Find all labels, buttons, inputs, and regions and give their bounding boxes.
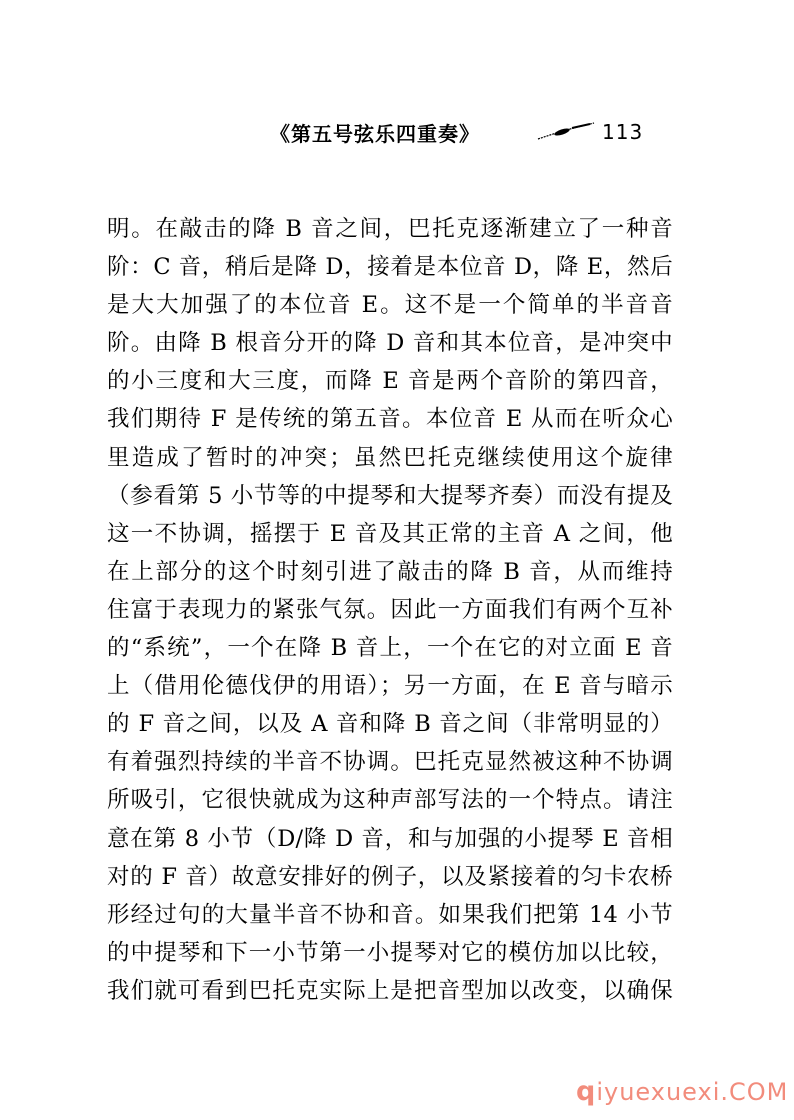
site-watermark: qiyuexuexi.COM bbox=[576, 1076, 788, 1107]
text-line: 阶：C 音，稍后是降 D，接着是本位音 D，降 E，然后 bbox=[107, 248, 673, 286]
running-header: 《第五号弦乐四重奏》 113 bbox=[270, 114, 670, 148]
text-line: 的“系统”，一个在降 B 音上，一个在它的对立面 E 音 bbox=[107, 629, 673, 667]
text-line: 有着强烈持续的半音不协调。巴托克显然被这种不协调 bbox=[107, 743, 673, 781]
text-line: 这一不协调，摇摆于 E 音及其正常的主音 A 之间，他 bbox=[107, 515, 673, 553]
watermark-text: iyuexuexi.COM bbox=[596, 1078, 788, 1106]
text-line: 所吸引，它很快就成为这种声部写法的一个特点。请注 bbox=[107, 781, 673, 819]
page-number: 113 bbox=[602, 120, 643, 144]
text-line: 是大大加强了的本位音 E。这不是一个简单的半音音 bbox=[107, 286, 673, 324]
watermark-logo-letter: q bbox=[576, 1076, 596, 1107]
body-paragraph: 明。在敲击的降 B 音之间，巴托克逐渐建立了一种音 阶：C 音，稍后是降 D，接… bbox=[107, 210, 673, 1010]
text-line: 形经过句的大量半音不协和音。如果我们把第 14 小节 bbox=[107, 896, 673, 934]
pen-nib-flourish-icon bbox=[536, 122, 598, 142]
text-line: 在上部分的这个时刻引进了敲击的降 B 音，从而维持 bbox=[107, 553, 673, 591]
text-line: 的中提琴和下一小节第一小提琴对它的模仿加以比较， bbox=[107, 934, 673, 972]
chapter-title: 《第五号弦乐四重奏》 bbox=[270, 118, 480, 147]
text-line: （参看第 5 小节等的中提琴和大提琴齐奏）而没有提及 bbox=[107, 477, 673, 515]
text-line: 对的 F 音）故意安排好的例子，以及紧接着的匀卡农桥 bbox=[107, 858, 673, 896]
text-line: 明。在敲击的降 B 音之间，巴托克逐渐建立了一种音 bbox=[107, 210, 673, 248]
text-line: 意在第 8 小节（D/降 D 音，和与加强的小提琴 E 音相 bbox=[107, 820, 673, 858]
text-line: 上（借用伦德伐伊的用语）；另一方面，在 E 音与暗示 bbox=[107, 667, 673, 705]
text-line: 我们就可看到巴托克实际上是把音型加以改变，以确保 bbox=[107, 972, 673, 1010]
text-line: 的 F 音之间，以及 A 音和降 B 音之间（非常明显的） bbox=[107, 705, 673, 743]
text-line: 里造成了暂时的冲突；虽然巴托克继续使用这个旋律 bbox=[107, 439, 673, 477]
text-line: 阶。由降 B 根音分开的降 D 音和其本位音，是冲突中 bbox=[107, 324, 673, 362]
text-line: 我们期待 F 是传统的第五音。本位音 E 从而在听众心 bbox=[107, 400, 673, 438]
text-line: 住富于表现力的紧张气氛。因此一方面我们有两个互补 bbox=[107, 591, 673, 629]
text-line: 的小三度和大三度，而降 E 音是两个音阶的第四音， bbox=[107, 362, 673, 400]
